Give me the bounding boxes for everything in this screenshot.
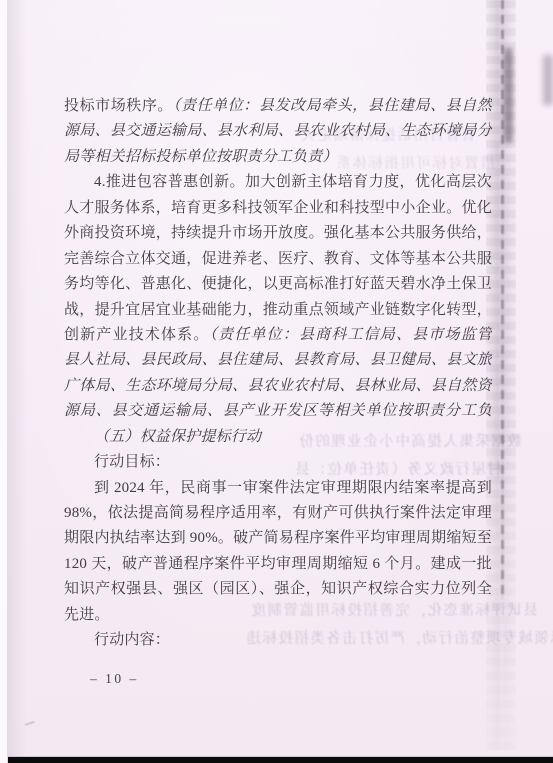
pencil-mark <box>23 717 34 726</box>
doc-line: 完善综合立体交通，促进养老、医疗、教育、文体等基本公共服 <box>64 247 492 272</box>
doc-line: 广体局、生态环境局分局、县农业农村局、县林业局、县自然资 <box>64 374 492 399</box>
doc-line: 源局、县交通运输局、县产业开发区等相关单位按职责分工负责） <box>64 399 492 424</box>
doc-text-kai: 局等相关招标投标单位按职责分工负责） <box>64 149 338 165</box>
scan-edge-bar <box>8 756 553 763</box>
doc-line: 120 天，破产普通程序案件平均审理周期缩短 6 个月。建成一批 <box>64 552 492 577</box>
doc-text: 投标市场秩序。 <box>64 98 173 114</box>
doc-text: 行动目标： <box>94 454 170 470</box>
doc-text: 先进。 <box>64 607 110 623</box>
doc-line: 98%，依法提高简易程序适用率，有财产可供执行案件法定审理 <box>64 501 492 526</box>
scan-ink-blob <box>504 48 513 143</box>
doc-text: 人才服务体系，培育更多科技领军企业和科技型中小企业。优化 <box>64 200 492 216</box>
doc-subheading: 行动目标： <box>64 450 492 475</box>
doc-line: 到 2024 年，民商事一审案件法定审理期限内结案率提高到 <box>64 476 492 501</box>
doc-line: 外商投资环境，持续提升市场开放度。强化基本公共服务供给， <box>64 221 492 246</box>
doc-text: 知识产权强县、强区（园区）、强企，知识产权综合实力位列全市 <box>64 581 492 602</box>
page-number: – 10 – <box>90 671 139 687</box>
doc-text: 完善综合立体交通，促进养老、医疗、教育、文体等基本公共服 <box>64 251 492 267</box>
doc-line: 务均等化、普惠化、便捷化，以更高标准打好蓝天碧水净土保卫 <box>64 272 492 297</box>
doc-text: 务均等化、普惠化、便捷化，以更高标准打好蓝天碧水净土保卫 <box>64 276 492 292</box>
doc-text: 外商投资环境，持续提升市场开放度。强化基本公共服务供给， <box>64 225 492 241</box>
doc-line: 知识产权强县、强区（园区）、强企，知识产权综合实力位列全市 <box>64 577 492 602</box>
doc-line: 投标市场秩序。（责任单位：县发改局牵头，县住建局、县自然资 <box>64 94 492 119</box>
doc-text-kai: （五）权益保护提标行动 <box>94 429 261 445</box>
doc-line: 源局、县交通运输局、县水利局、县农业农村局、生态环境局分 <box>64 119 492 144</box>
doc-line: 战，提升宜居宜业基础能力，推动重点领域产业链数字化转型， <box>64 298 492 323</box>
page-edge-sliver <box>0 0 7 763</box>
document-body: 投标市场秩序。（责任单位：县发改局牵头，县住建局、县自然资 源局、县交通运输局、… <box>64 94 492 654</box>
scan-corner-smudge <box>543 55 553 105</box>
doc-text-kai: 县人社局、县民政局、县住建局、县教育局、县卫健局、县文旅 <box>64 352 492 368</box>
doc-subheading: 行动内容： <box>64 628 492 653</box>
doc-text: 98%，依法提高简易程序适用率，有财产可供执行案件法定审理 <box>64 505 492 521</box>
doc-text: 行动内容： <box>94 632 170 648</box>
scanned-document-page: 管督目用话提保落瑞走大 措置对标可用指标体系 数据采集人提高中小企业理的份 村屋… <box>0 0 553 763</box>
doc-text-kai: 源局、县交通运输局、县水利局、县农业农村局、生态环境局分 <box>64 123 492 139</box>
doc-line: 局等相关招标投标单位按职责分工负责） <box>64 145 492 170</box>
doc-text: 创新产业技术体系。 <box>64 327 209 343</box>
doc-text: 120 天，破产普通程序案件平均审理周期缩短 6 个月。建成一批 <box>64 556 492 572</box>
left-scan-shade <box>7 0 27 763</box>
doc-text: 到 2024 年，民商事一审案件法定审理期限内结案率提高到 <box>94 480 492 496</box>
doc-text-kai: 源局、县交通运输局、县产业开发区等相关单位按职责分工负责） <box>64 403 492 424</box>
doc-line: 县人社局、县民政局、县住建局、县教育局、县卫健局、县文旅 <box>64 348 492 373</box>
doc-text-kai: 广体局、生态环境局分局、县农业农村局、县林业局、县自然资 <box>64 378 492 394</box>
doc-line: 人才服务体系，培育更多科技领军企业和科技型中小企业。优化 <box>64 196 492 221</box>
doc-line: 先进。 <box>64 603 492 628</box>
doc-line: 4.推进包容普惠创新。加大创新主体培育力度，优化高层次 <box>64 170 492 195</box>
doc-line: 期限内执结率达到 90%。破产简易程序案件平均审理周期缩短至 <box>64 526 492 551</box>
doc-line: 创新产业技术体系。（责任单位：县商科工信局、县市场监管局、 <box>64 323 492 348</box>
doc-text: 4.推进包容普惠创新。加大创新主体培育力度，优化高层次 <box>94 174 492 190</box>
doc-section-heading: （五）权益保护提标行动 <box>64 425 492 450</box>
doc-text: 期限内执结率达到 90%。破产简易程序案件平均审理周期缩短至 <box>64 530 492 546</box>
doc-text: 战，提升宜居宜业基础能力，推动重点领域产业链数字化转型， <box>64 302 492 318</box>
